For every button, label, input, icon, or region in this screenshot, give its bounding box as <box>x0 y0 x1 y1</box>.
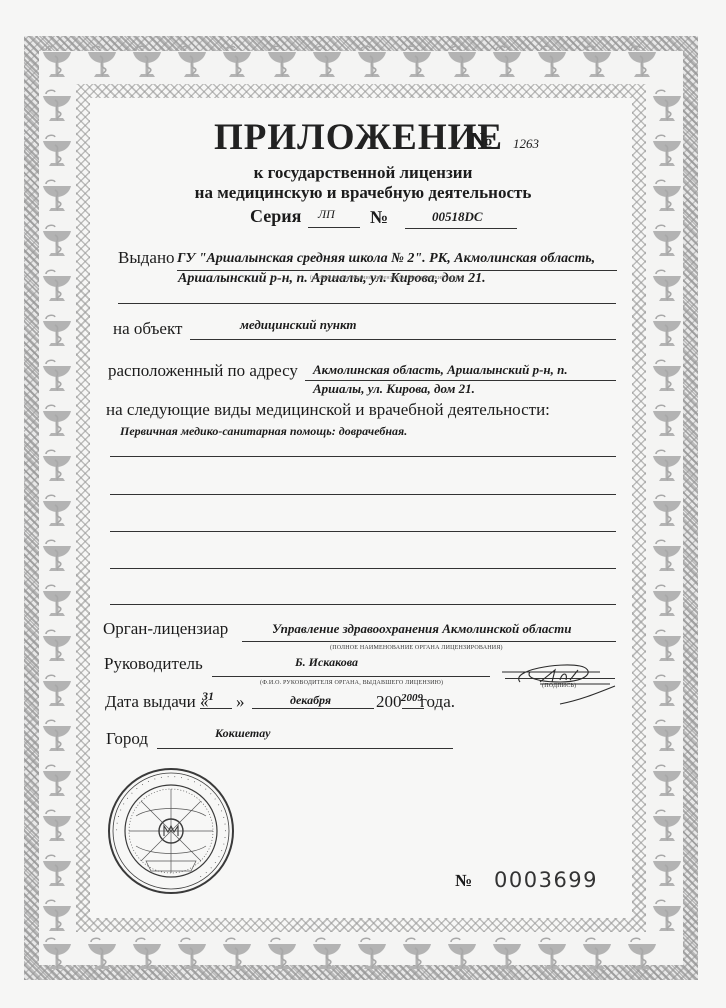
date-month: декабря <box>290 693 331 708</box>
series-underline <box>308 227 360 228</box>
bowl-of-hygieia-icon <box>580 936 614 972</box>
bowl-of-hygieia-icon <box>40 44 74 80</box>
bowl-of-hygieia-icon <box>265 936 299 972</box>
bowl-of-hygieia-icon <box>650 763 684 799</box>
bowl-of-hygieia-icon <box>355 44 389 80</box>
bowl-of-hygieia-icon <box>650 718 684 754</box>
head-value: Б. Искакова <box>295 655 358 670</box>
bowl-of-hygieia-icon <box>40 88 74 124</box>
bowl-of-hygieia-icon <box>355 936 389 972</box>
bowl-of-hygieia-icon <box>650 898 684 934</box>
bowl-of-hygieia-icon <box>650 538 684 574</box>
bowl-of-hygieia-icon <box>40 538 74 574</box>
series-label: Серия <box>250 206 301 227</box>
subtitle-line-1: к государственной лицензии <box>0 163 726 183</box>
bowl-of-hygieia-icon <box>85 936 119 972</box>
series-value: ЛП <box>318 207 335 222</box>
head-label: Руководитель <box>104 654 203 674</box>
bowl-of-hygieia-icon <box>175 44 209 80</box>
serial-number-label: № <box>455 871 472 891</box>
bowl-of-hygieia-icon <box>220 936 254 972</box>
license-number-label: № <box>370 207 388 228</box>
bowl-of-hygieia-icon <box>650 628 684 664</box>
appendix-number: 1263 <box>513 136 539 152</box>
city-value: Кокшетау <box>215 726 270 741</box>
activities-line-5 <box>110 604 616 605</box>
activities-line-3 <box>110 531 616 532</box>
bowl-of-hygieia-icon <box>40 403 74 439</box>
bowl-of-hygieia-icon <box>40 673 74 709</box>
bowl-of-hygieia-icon <box>625 936 659 972</box>
bowl-of-hygieia-icon <box>650 853 684 889</box>
issued-to-underline-2 <box>118 303 616 304</box>
bowl-of-hygieia-icon <box>445 44 479 80</box>
date-month-underline <box>252 708 374 709</box>
bowl-of-hygieia-icon <box>40 718 74 754</box>
licensor-caption: (ПОЛНОЕ НАИМЕНОВАНИЕ ОРГАНА ЛИЦЕНЗИРОВАН… <box>330 645 503 651</box>
bowl-of-hygieia-icon <box>650 673 684 709</box>
bowl-of-hygieia-icon <box>265 44 299 80</box>
bowl-of-hygieia-icon <box>40 763 74 799</box>
bowl-of-hygieia-icon <box>535 936 569 972</box>
bowl-of-hygieia-icon <box>220 44 254 80</box>
bowl-of-hygieia-icon <box>650 448 684 484</box>
head-underline <box>212 676 490 677</box>
bowl-of-hygieia-icon <box>650 808 684 844</box>
bowl-of-hygieia-icon <box>580 44 614 80</box>
bowl-of-hygieia-icon <box>130 44 164 80</box>
official-seal-stamp: · · · · · · · · · · · · · · · · · · · · … <box>106 766 236 896</box>
bowl-of-hygieia-icon <box>40 808 74 844</box>
date-label: Дата выдачи « <box>105 692 209 712</box>
bowl-of-hygieia-icon <box>40 223 74 259</box>
bowl-of-hygieia-icon <box>625 44 659 80</box>
bowl-of-hygieia-icon <box>445 936 479 972</box>
bowl-of-hygieia-icon <box>490 44 524 80</box>
bowl-of-hygieia-icon <box>310 936 344 972</box>
date-year-prefix: 200 <box>376 692 402 712</box>
bowl-of-hygieia-icon <box>650 358 684 394</box>
license-number-underline <box>405 228 517 229</box>
bowl-of-hygieia-icon <box>650 313 684 349</box>
bowl-of-hygieia-icon <box>535 44 569 80</box>
bowl-of-hygieia-icon <box>130 936 164 972</box>
address-line-1: Акмолинская область, Аршалынский р-н, п. <box>313 362 568 378</box>
bowl-of-hygieia-icon <box>650 583 684 619</box>
date-day: 31 <box>202 689 214 704</box>
bowl-of-hygieia-icon <box>40 628 74 664</box>
bowl-of-hygieia-icon <box>650 223 684 259</box>
activities-line-1 <box>110 456 616 457</box>
bowl-of-hygieia-icon <box>650 268 684 304</box>
bowl-of-hygieia-icon <box>40 583 74 619</box>
bowl-of-hygieia-icon <box>650 493 684 529</box>
date-quote-close: » <box>236 692 245 712</box>
issued-to-label: Выдано <box>118 248 175 268</box>
issued-to-line-1: ГУ "Аршалынская средняя школа № 2". РК, … <box>177 251 595 267</box>
bowl-of-hygieia-icon <box>40 493 74 529</box>
bowl-of-hygieia-icon <box>310 44 344 80</box>
bowl-of-hygieia-icon <box>40 936 74 972</box>
licensor-underline <box>242 641 616 642</box>
bowl-of-hygieia-icon <box>40 268 74 304</box>
date-year-suffix: года. <box>420 692 455 712</box>
document-title: ПРИЛОЖЕНИЕ <box>214 116 503 159</box>
activities-label: на следующие виды медицинской и врачебно… <box>106 400 550 420</box>
bowl-of-hygieia-icon <box>40 898 74 934</box>
city-underline <box>157 748 453 749</box>
signature <box>500 660 620 705</box>
bowl-of-hygieia-icon <box>650 88 684 124</box>
bowl-of-hygieia-icon <box>40 448 74 484</box>
bowl-of-hygieia-icon <box>40 853 74 889</box>
licensor-value: Управление здравоохранения Акмолинской о… <box>272 621 572 637</box>
activities-line-2 <box>110 494 616 495</box>
serial-number: 0003699 <box>494 868 598 892</box>
head-caption: (Ф.И.О. РУКОВОДИТЕЛЯ ОРГАНА, ВЫДАВШЕГО Л… <box>260 680 443 686</box>
bowl-of-hygieia-icon <box>490 936 524 972</box>
issued-to-caption: (полное наименование лицензиата, юридиче… <box>310 275 464 281</box>
appendix-number-label: № <box>470 128 493 154</box>
address-line-2: Аршалы, ул. Кирова, дом 21. <box>313 381 475 397</box>
bowl-of-hygieia-icon <box>40 358 74 394</box>
address-label: расположенный по адресу <box>108 361 298 381</box>
bowl-of-hygieia-icon <box>40 313 74 349</box>
object-label: на объект <box>113 319 182 339</box>
subtitle-line-2: на медицинскую и врачебную деятельность <box>0 183 726 203</box>
bowl-of-hygieia-icon <box>400 44 434 80</box>
date-day-underline <box>200 708 232 709</box>
licensor-label: Орган-лицензиар <box>103 619 228 639</box>
activities-value: Первичная медико-санитарная помощь: довр… <box>120 424 407 439</box>
city-label: Город <box>106 729 148 749</box>
bowl-of-hygieia-icon <box>85 44 119 80</box>
object-underline <box>190 339 616 340</box>
license-number-value: 00518DC <box>432 209 483 225</box>
object-value: медицинский пункт <box>240 317 357 333</box>
bowl-of-hygieia-icon <box>400 936 434 972</box>
bowl-of-hygieia-icon <box>175 936 209 972</box>
activities-line-4 <box>110 568 616 569</box>
bowl-of-hygieia-icon <box>650 403 684 439</box>
